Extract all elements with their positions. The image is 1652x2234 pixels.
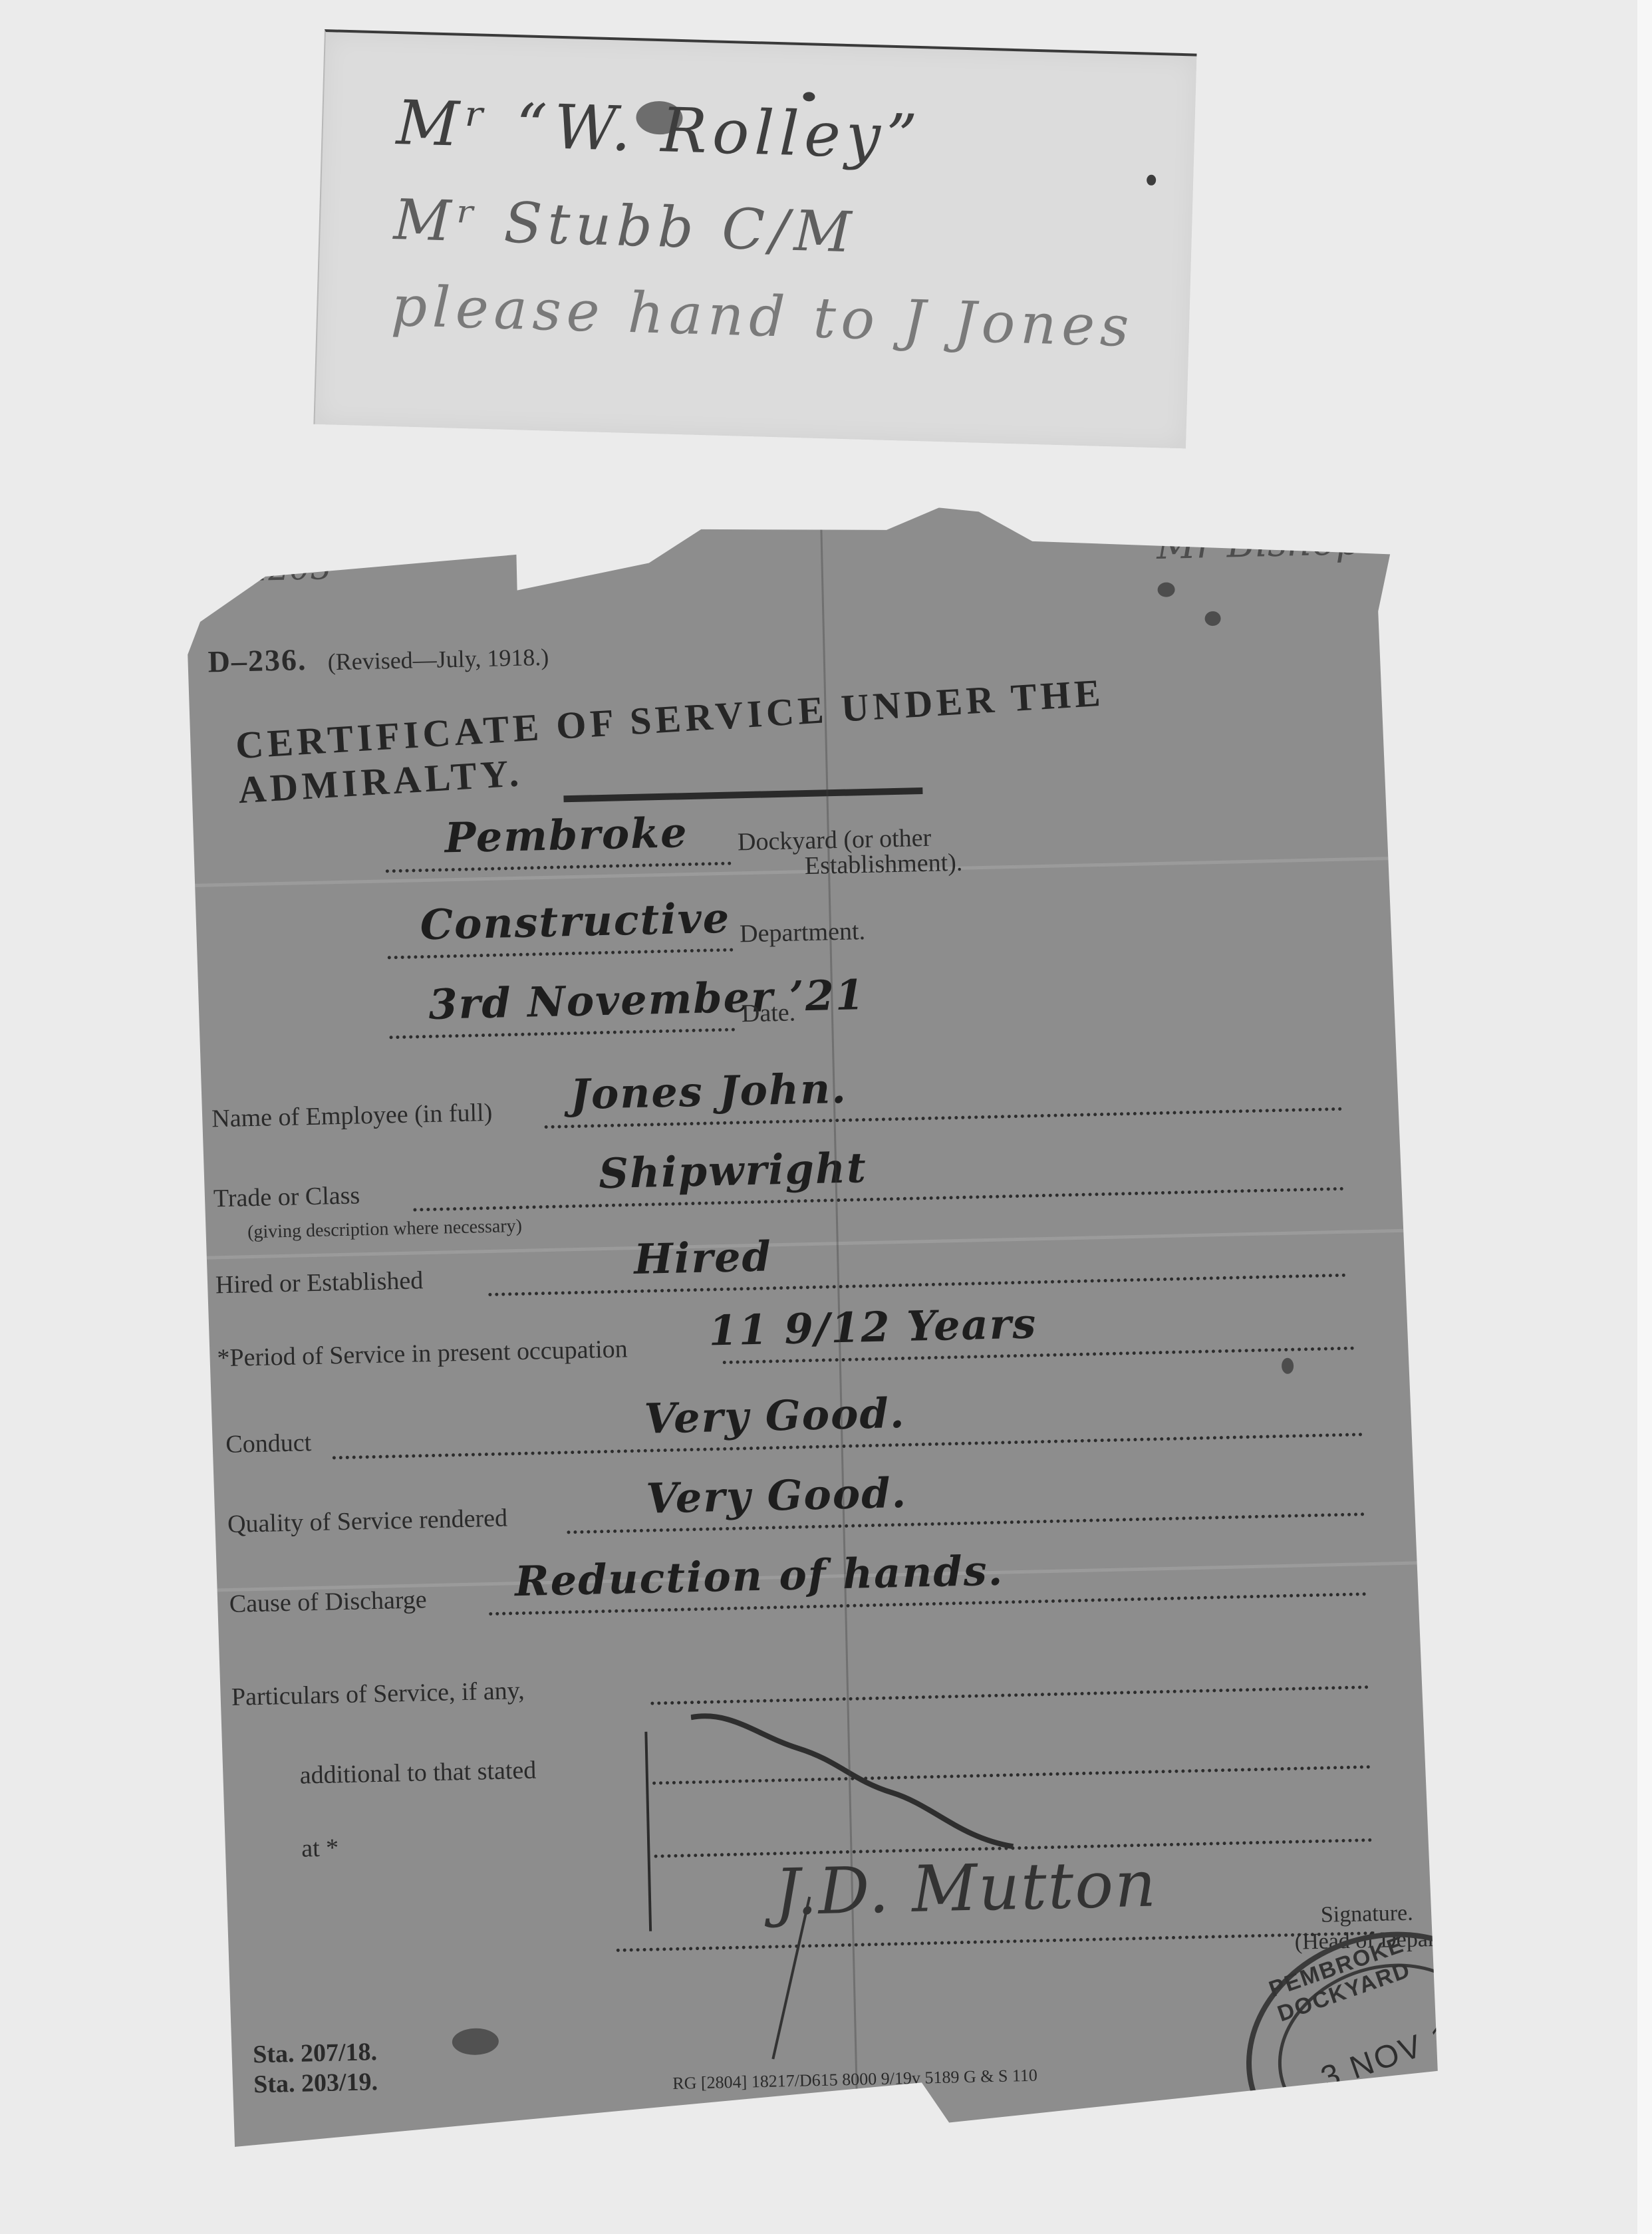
reference-number: 14203 xyxy=(225,548,332,589)
hired-label: Hired or Established xyxy=(215,1266,423,1300)
field-particulars: Particulars of Service, if any, xyxy=(184,1639,1508,1722)
conduct-value: Very Good. xyxy=(644,1389,906,1443)
date-value: 3rd November ’21 xyxy=(428,970,866,1029)
stamp-bottom-text: CHIEF CONSTRUCTOR xyxy=(1314,2063,1545,2187)
ink-spot xyxy=(1282,1358,1294,1374)
quality-value: Very Good. xyxy=(646,1468,908,1523)
corner-annotation: Mr Bishop xyxy=(1156,518,1360,568)
dockyard-label-2: Establishment). xyxy=(804,848,962,881)
sta-ref-1: Sta. 207/18. xyxy=(253,2037,378,2069)
ink-stain xyxy=(452,2028,499,2056)
ink-spot xyxy=(1147,175,1156,186)
ink-spot xyxy=(1157,582,1174,597)
particulars-label-1: Particulars of Service, if any, xyxy=(231,1676,525,1712)
field-quality-of-service: Quality of Service rendered Very Good. xyxy=(180,1466,1504,1549)
field-period-of-service: *Period of Service in present occupation… xyxy=(176,1300,1500,1383)
signature-caption: Signature. xyxy=(1320,1901,1413,1928)
note-line-3: please hand to J Jones xyxy=(390,273,1135,359)
date-label: Date. xyxy=(741,998,795,1028)
title-rule xyxy=(563,787,922,802)
employee-name-value: Jones John. xyxy=(570,1064,848,1119)
scan-edge xyxy=(1637,0,1652,2234)
field-employee-name: Name of Employee (in full) Jones John. xyxy=(171,1061,1495,1144)
sta-ref-2: Sta. 203/19. xyxy=(253,2067,378,2099)
field-particulars-line-2: additional to that stated xyxy=(186,1719,1510,1802)
certificate-of-service: 14203 Mr Bishop D–236. (Revised—July, 19… xyxy=(158,495,1518,2148)
printer-reference: RG [2804] 18217/D615 8000 9/19v 5189 G &… xyxy=(672,2066,1037,2094)
note-line-2: Mʳ Stubb C/M xyxy=(393,187,858,265)
cause-value: Reduction of hands. xyxy=(514,1546,1004,1606)
signature: J.D. Mutton xyxy=(774,1846,1158,1929)
field-department: Constructive Department. xyxy=(167,888,1491,971)
conduct-label: Conduct xyxy=(225,1428,312,1459)
quality-label: Quality of Service rendered xyxy=(227,1503,508,1539)
field-trade: Trade or Class (giving description where… xyxy=(173,1141,1497,1224)
dockyard-value: Pembroke xyxy=(444,808,688,862)
handwritten-note: Mʳ “W. Rolley” Mʳ Stubb C/M please hand … xyxy=(313,29,1196,448)
revision-note: (Revised—July, 1918.) xyxy=(327,643,549,676)
field-conduct: Conduct Very Good. xyxy=(178,1387,1502,1470)
employee-name-label: Name of Employee (in full) xyxy=(211,1098,493,1134)
field-dockyard: Pembroke Dockyard (or other Establishmen… xyxy=(165,801,1489,885)
trade-value: Shipwright xyxy=(598,1143,867,1198)
hired-value: Hired xyxy=(633,1232,772,1284)
particulars-label-2: additional to that stated xyxy=(299,1756,537,1790)
particulars-label-3: at * xyxy=(301,1833,339,1863)
certificate-title: CERTIFICATE OF SERVICE UNDER THE ADMIRAL… xyxy=(234,652,1401,813)
tear-line xyxy=(691,1703,1053,1857)
field-date: 3rd November ’21 Date. xyxy=(169,968,1493,1051)
field-cause-of-discharge: Cause of Discharge Reduction of hands. xyxy=(182,1546,1506,1629)
field-particulars-line-3: at * xyxy=(188,1792,1512,1875)
ink-spot xyxy=(1204,611,1220,627)
period-value: 11 9/12 Years xyxy=(708,1299,1037,1355)
cause-label: Cause of Discharge xyxy=(229,1585,427,1619)
period-label: *Period of Service in present occupation xyxy=(217,1334,628,1373)
form-number: D–236. xyxy=(207,642,307,679)
trade-sub-label: (giving description where necessary) xyxy=(247,1216,522,1243)
department-value: Constructive xyxy=(420,894,731,950)
trade-label: Trade or Class xyxy=(213,1181,360,1213)
department-label: Department. xyxy=(740,916,866,948)
